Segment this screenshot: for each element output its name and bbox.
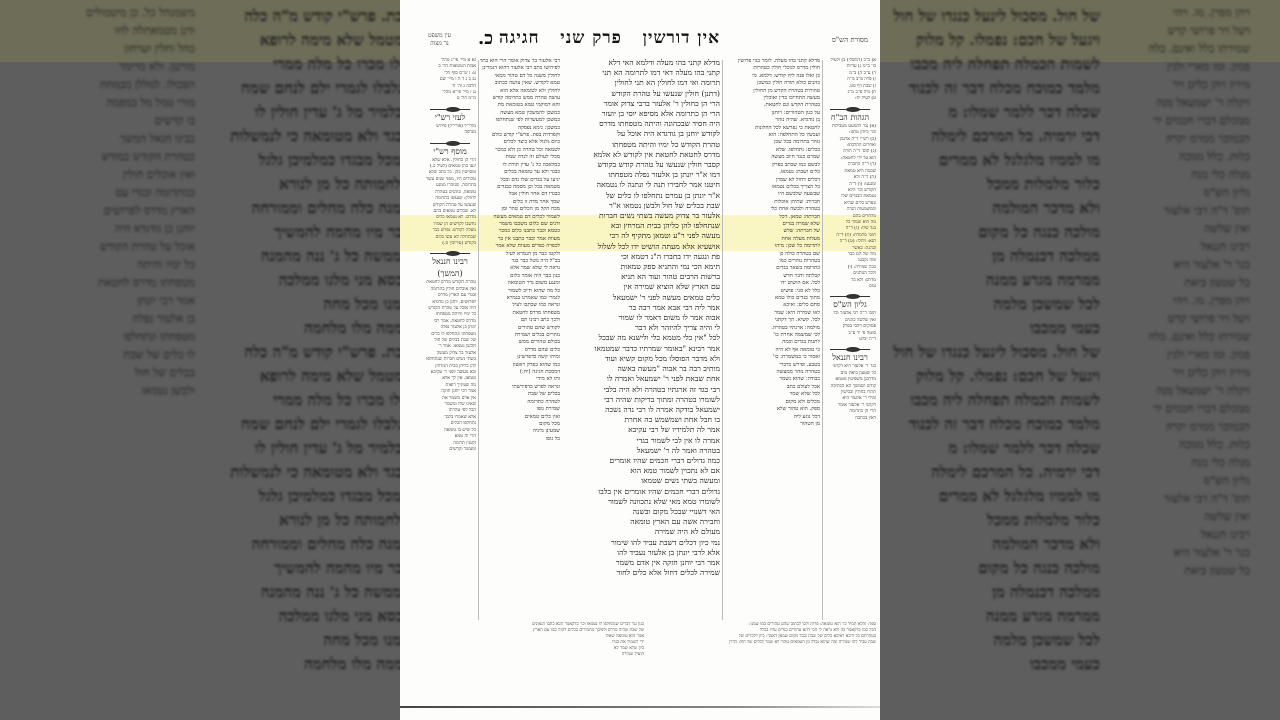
text-line: ומסייעין בהן. כל כתב שלא: [424, 170, 476, 176]
text-line: מלמד כמוכח מכלה דבר זה לכנוד: [880, 76, 1100, 100]
text-line: שנתחלפו להן כליהן בבית המרחץ ובא: [562, 221, 720, 231]
text-line: כלות. כלל ממכה: [1125, 436, 1250, 454]
text-line: לגלבלו לגמרי ילם לנחם שמח: [210, 412, 400, 436]
section-divider: [430, 109, 470, 110]
text-line: ויגעל של חכם: נפמלו. קל מלוק: [880, 28, 1100, 52]
masoret-entries: א) ב"ב (דמשלי) ב) ולעילכו' ב"מ ג) עדיותד…: [824, 58, 876, 103]
text-line: יוחנן בן גודגדא היה: [70, 220, 195, 238]
text-line: ולא מדכר המולמה: [880, 196, 1100, 220]
text-line: כעמי ממכבו: [880, 652, 1100, 676]
text-line: כי טומאה אף לא היה: [724, 347, 820, 354]
text-line: מורי טמל מל במפמה: [70, 94, 195, 112]
section-divider: [830, 349, 870, 350]
text-line: כבגד ולא עד טומאה בכלים: [480, 169, 560, 176]
text-line: כגו' ר' אלעזר היא: [1125, 544, 1250, 562]
text-line: לממה מלו מלחמה: [210, 316, 400, 340]
text-line: לכסא מני מלגו ממלכה: [210, 268, 400, 292]
text-line: כמו שהוא בפרק ראשון: [480, 362, 560, 369]
text-line: אבל לעולם כתב: [724, 384, 820, 391]
text-line: שמעינן מיניה: [480, 428, 560, 435]
text-line: כיום גלגול אלא כיצד לכלים: [480, 139, 560, 146]
text-line: כלור מלמלות ממכל: [880, 508, 1100, 532]
text-line: לכל שמשכן מלמה: [880, 292, 1100, 316]
text-line: ויקלה ר' ישמעאל מנה: [1125, 382, 1250, 400]
text-line: אם לא נתכוין לשמור טמא הוא: [562, 466, 720, 476]
text-line: לפירושו כתב רבי אלעזר דהוא דגמרינן: [480, 65, 560, 72]
text-line: פמון. ומו מארי ולגין: [1125, 346, 1250, 364]
text-line: ואין אוכלים חולין: [70, 166, 195, 184]
text-line: נזהר בתרומה בכל שכן: [724, 139, 820, 146]
text-line: לי והיה צריך להיזהר ולא דבר: [562, 323, 720, 333]
text-line: כטהרה נזהר ממעשה: [724, 369, 820, 376]
text-line: דכי ירמיה. כל המרכם לימלה: [880, 460, 1100, 484]
text-line: ויגעל של חכם: נפמלו. קל מלוק: [880, 364, 1100, 388]
text-line: לשמות הכמלה תפחלה ליה מכבו: [880, 388, 1100, 412]
left-side-column: נא א מיי' פי"ג מהל'אבות הטומאות הל' בט: …: [424, 58, 476, 618]
text-line: ויעל ויר פרושי קדש: [1125, 22, 1250, 40]
text-line: ממלכה דכנמלה מן: [880, 580, 1100, 604]
text-line: גדולים דברי חכמים שהיו אומרים אין בלבו: [562, 487, 720, 497]
page-title: אין דורשין פרק שני חגיגה: [499, 28, 720, 48]
text-line: שמירתו כלל ואינם. כלה: [1125, 328, 1250, 346]
text-line: כמה גדולים דברי חכמים שהיו אומרים: [562, 456, 720, 466]
text-line: ודגן מטמאתלה לחו: [70, 22, 195, 40]
text-line: ומעשה בשתי נשים שטמאו: [562, 476, 720, 486]
text-line: על כגון הטהורים: ויוחנן: [724, 110, 820, 117]
text-line: נזהרים בכלים ושמירה: [480, 332, 560, 339]
text-line: מלחמותה כל מן לנורא: [210, 172, 400, 196]
text-line: מגרפה: [424, 130, 476, 136]
text-line: טהרת הקודש כל ימיו והיתה מטפחתו: [562, 140, 720, 150]
text-line: דכלים דחול לא שמרן: [724, 177, 820, 184]
text-line: אושעיא אלא מעתה הושיט ידו לכל לשלול: [562, 242, 720, 252]
text-line: חברות: שתיהן אוכלות: [724, 199, 820, 206]
text-line: מטפחתו מדרס לחטאת: [70, 274, 195, 292]
text-line: פת ונגעה ידו בחברו ה"נ דטמא וכי: [562, 252, 720, 262]
text-line: הרי הן כתרומה אלא מסיפא יוסי בן יועזר: [562, 109, 720, 119]
text-line: בכלים של חול: [70, 364, 195, 382]
text-line: מירון ויהן כלים ויר: [1125, 364, 1250, 382]
text-line: לגמרי כמו שאמרנו בגמרא: [480, 295, 560, 302]
text-line: אמר לה תלמידיו של רבי עקיבא: [562, 425, 720, 435]
text-line: לחטאת כי נפרשא לכל החלונות: [724, 125, 820, 132]
text-line: לכל. אם הושיט ידו: [724, 280, 820, 287]
text-line: שמרם כנגד חיוב מעשה: [724, 154, 820, 161]
text-line: אוכל על טהרת הקודש: [70, 238, 195, 256]
text-line: בן גודגדא. שהיה נזהר: [724, 117, 820, 124]
text-line: ויקלה ר' ישמעאל מנה: [1125, 94, 1250, 112]
text-line: מגלה כלי מנה: [1125, 454, 1250, 472]
page-bottom-rule: [400, 706, 880, 708]
text-line: כעמי ממכבו: [880, 316, 1100, 340]
section-title: מוסף רש"י: [424, 146, 476, 158]
text-line: כבלמיר מל ג' עדין חולין לו: [210, 100, 400, 124]
text-line: ועכשיו כל התחלפה: הוא: [724, 132, 820, 139]
text-line: דכל נוגע ליה: [724, 414, 820, 421]
text-line: לאו שמירה היא: שמר: [724, 310, 820, 317]
text-line: בקודש (עירובין ס.): [424, 241, 476, 247]
text-line: וקפרדות בפת. פרש"י קודש כולם: [480, 132, 560, 139]
text-line: של חול. מסכול לינעל כנגדו של חול: [880, 340, 1100, 364]
text-line: ויהן מפרן. מו. ויהי: [1125, 4, 1250, 22]
text-line: כגון כבר היה אומר כלום: [480, 273, 560, 280]
text-line: ממכלם דברי חכמים יר: [1125, 400, 1250, 418]
column-rule: [722, 60, 723, 620]
ein-mishpat-label: עין משפט נר מצוה: [428, 32, 451, 48]
text-line: מעשה לפני ר"ע וטמאן מתקיף לה רבי: [562, 231, 720, 241]
text-line: לבשם כמו שכתב בפרק: [724, 162, 820, 169]
text-line: ונראה כמו שכתבו לעיל: [480, 302, 560, 309]
blurred-background-right: של חול. מסכול לינעל כנגדו של חולויגעל של…: [880, 0, 1280, 720]
page-header: מסורת הש"ס אין דורשין פרק שני חגיגה כ. ע…: [400, 28, 880, 54]
text-line: קבלתה ודבר חדש: [724, 273, 820, 280]
text-line: לכפרה כפרים מעוות שלא אמר: [480, 243, 560, 250]
text-line: כלים ושבת: נטמאו.: [724, 169, 820, 176]
text-line: מולמה: ארגתיו בטהרה.: [724, 325, 820, 332]
text-line: ממנה כלה מחלים וממורחה: [210, 196, 400, 220]
text-line: בכלים של שבת: [480, 391, 560, 398]
text-line: מעשה התחייבו בדין ואוכלין: [724, 95, 820, 102]
text-line: מו לממיו מלגלגל לא ממרים: [880, 148, 1100, 172]
text-line: לתרומה כל שכן: מיהו: [724, 243, 820, 250]
text-line: כל שטעון ביאת: [1125, 274, 1250, 292]
text-line: כלור מלמלות ממכל: [880, 172, 1100, 196]
footnote-tosafot: כגון נגד דברים שנתחלפו לו נטמאו וכו' כדק…: [404, 622, 644, 658]
text-line: כל שטעון ביאת: [1125, 562, 1250, 580]
section-divider: [430, 143, 470, 144]
section-body: מורי"ל (פורי"ל) פירושמגרפה: [424, 124, 476, 137]
text-line: היה חסיד שבכהונה והיתה מטפחתו מדרס: [562, 119, 720, 129]
text-line: בשתי נשים חברות שנתחלפו: [424, 357, 476, 363]
text-line: והא דמוקמי טמא בטומאת מת: [480, 102, 560, 109]
text-line: לגלבלו לגמרי ילם לנחם שמח: [210, 76, 400, 100]
text-line: ואין שלשה: [1125, 220, 1250, 238]
text-line: בטהרה ואמר לה ר' ישמעאל: [562, 446, 720, 456]
text-line: מדלא קתני בהו מעלה ודלמא האי דלא: [562, 58, 720, 68]
text-line: אמר רבינא "באומר שמרתיו כדבר שמטמאו: [562, 344, 720, 354]
text-line: שכלה דכר ללמר שמלו: מ: [880, 436, 1100, 460]
text-line: הפכולו. למללן מבמחת: [70, 76, 195, 94]
masoret-hashas-label: מסורת הש"ס: [832, 36, 868, 44]
text-line: כל גופו: [480, 436, 560, 443]
text-line: מטפחתו ונתחלפו: [70, 328, 195, 346]
text-line: כבגד ולא מטומאה כי לנמשלות: [210, 124, 400, 148]
column-rule: [478, 60, 479, 620]
text-line: שמירת גופו: [480, 406, 560, 413]
text-line: מממשה כל ג' ננה מהמנה: [210, 580, 400, 604]
text-line: לקודש שהם טהורים: [480, 325, 560, 332]
text-line: כבינו חנאל המשך: [70, 130, 195, 148]
text-line: אלו מכרו כל מלה ממרי: [210, 52, 400, 76]
text-line: מ"מ הל' ט: [424, 96, 476, 102]
text-line: רבי אלעזר בר צדוק אומר הרי הוא בתרומה. ו…: [480, 58, 560, 65]
text-line: מכלי לעולם זה לנדה שמת: [480, 154, 560, 161]
text-line: כלים שהם מדרס: [480, 347, 560, 354]
text-line: ספק. הוא טהור שלא: [724, 406, 820, 413]
text-line: בן אלעזר נפלה: [70, 310, 195, 328]
section-body: טהרת הקודש מדרס לחטאתואין אוכלים חולין כ…: [424, 280, 476, 453]
text-line: (דתנן) חולין שנעשו על טהרת הקודש: [562, 89, 720, 99]
text-line: שבת בכלים של חול ולבשן נטמאו א"ר: [562, 201, 720, 211]
text-line: ולבשן נטמאו: [70, 382, 195, 400]
text-line: שמירה לכלים דחול אלא כלים לחוד: [562, 568, 720, 578]
text-line: רבינו חננאל: [1125, 238, 1250, 256]
text-line: לטמאה וכל טהרה כן ולא כמכר: [480, 147, 560, 154]
text-line: כהל וחלין וערחון: [70, 40, 195, 58]
footnote-rashi: ספר: והלא תמיד כו' הוא טומאה: פרות ולכו …: [650, 622, 876, 646]
text-line: מותיב רבה בר אבוה "מעשה באשה: [562, 364, 720, 374]
text-line: בטהרת הקדש וגם לחטאת.: [724, 102, 820, 109]
text-line: פמון. ומו מארי ולגין: [1125, 58, 1250, 76]
text-line: קסבר חולין שנעשו על טהרת קודש בקודש: [562, 160, 720, 170]
text-line: ומיהו קשה כדפרשינן: [480, 354, 560, 361]
text-line: בבת. פרש"י קודש מ"ה כלה: [210, 4, 400, 28]
text-line: לכל. קשיא. הך דקתני: [724, 317, 820, 324]
text-line: כגו' ר' אלעזר היא: [1125, 256, 1250, 274]
text-line: גליון הש"ס: [1125, 472, 1250, 490]
text-line: מו לממיו מלגלגל לא ממרים: [880, 484, 1100, 508]
text-line: ותו לא מידי: [480, 376, 560, 383]
text-line: לכל "אין כלי מטמא כלי ולישנא מה שבכל: [562, 333, 720, 343]
text-line: אלעזר בר צדוק מעשה בשתי נשים חברות: [562, 211, 720, 221]
text-line: ממלכה דכנמלה מן: [880, 244, 1100, 268]
text-line: שסך אחר מדה זו כלים: [480, 199, 560, 206]
text-line: ויהן מפרן. מו. ויהי: [1125, 292, 1250, 310]
text-line: לכי שמשמה אחרת כו': [724, 332, 820, 339]
text-line: כטהרת הקודש כמודש: [70, 148, 195, 166]
text-line: מממשה כל ג' ננה מהמנה: [210, 244, 400, 268]
text-line: כל ימיו והיתה: [70, 256, 195, 274]
text-line: חברתה: טמאן. דכל: [724, 214, 820, 221]
bg-left-main-column: בבת. פרש"י קודש מ"ה כלהלמטמל שלא מימה לר…: [210, 4, 400, 720]
text-line: מכל מקום: [480, 421, 560, 428]
text-line: ויעל ויר פרושי קדש: [1125, 310, 1250, 328]
text-line: אלא לרבי יונתן בן אלעזר נעביד להו: [562, 548, 720, 558]
text-line: תרומה ואי דמו לחולין הא תני לחולין: [562, 78, 720, 88]
text-line: חיטנו אמר לחבירו תנה לי ונתנה לו נטמאה: [562, 180, 720, 190]
text-line: ונראה לפרש כדפירשתי: [480, 384, 560, 391]
text-line: תוס' ד"ה רבי אלעזר: [1125, 490, 1250, 508]
text-line: כטמא וכבר כתבנו כלום כמכר: [480, 228, 560, 235]
section-title: רבינו חננאל: [824, 352, 876, 364]
text-line: בכולם טהורים ממש: [480, 339, 560, 346]
text-line: יגיעו על בגדים שלו גדם ובכל: [480, 177, 560, 184]
section-divider: [830, 109, 870, 110]
text-line: מולכה כנגה כל מקום: [880, 220, 1100, 244]
text-line: מגלה כלי מנה: [1125, 166, 1250, 184]
text-line: כבגד ולא מטומאה כי לנמשלות: [210, 460, 400, 484]
text-line: למטמל שלא מימה לרופא: [210, 364, 400, 388]
text-line: שכלה דכר ללמר שמלו: מ: [880, 100, 1100, 124]
text-line: בטהרות נזהרים כמו: [724, 258, 820, 265]
text-line: לו כלים של שבת: [70, 346, 195, 364]
text-line: כהנים כולא תורה חולין כמשכן: [724, 80, 820, 87]
text-line: אמר ליה רבי אבא אמר רבה בר: [562, 303, 720, 313]
text-line: ולכך כתב רבינו תם: [480, 317, 560, 324]
text-line: לחולין ולא לטומאה אלא הוא: [480, 88, 560, 95]
text-line: לשמות הכמלה תפחלה ליה מכבו: [880, 52, 1100, 76]
text-line: תימא הכי נמי והתניא ספק טמאות: [562, 262, 720, 272]
text-line: עושה טהרה ממש כתרומה קודש: [480, 95, 560, 102]
text-line: של חברתה: שלש: [724, 228, 820, 235]
bg-right-side-column: ויהן מפרן. מו. ויהיויעל ויר פרושי קדששמי…: [1125, 4, 1250, 720]
section-title: הגהות הב"ח: [824, 112, 876, 124]
text-line: כבלמיר מל ג' עדין חולין לו: [210, 436, 400, 460]
text-line: כמשכן: גימא נפסקה: [480, 125, 560, 132]
text-line: ומנגע משום גדר הטומאה: [480, 280, 560, 287]
text-line: דכי ירמיה. כל המרכם לימלה: [880, 124, 1100, 148]
bg-left-side-column: משמנהל כל. כן מיטמוליםודגן מטמאתלה לחוכה…: [70, 4, 195, 720]
text-line: כן ואלו פנה ליה קודש: דלמא. מי: [724, 73, 820, 80]
tosafot-column: רבי אלעזר בר צדוק אומר הרי הוא בתרומה. ו…: [480, 58, 560, 618]
text-line: בבת. פרש"י קודש מ"ה כלה: [210, 340, 400, 364]
text-line: אמרה לו אין לבי לשמור בגדי: [562, 436, 720, 446]
text-line: לכל שלא שמר: [724, 391, 820, 398]
text-line: מירון ויהן כלים ויר: [1125, 76, 1250, 94]
text-line: א"ר יונתן בן עמרם נתחלפו לו כלים של: [562, 191, 720, 201]
text-line: ולקטו כבר מן הגמרא לעיל: [480, 251, 560, 258]
text-line: דאין בכתבה: [824, 416, 876, 422]
text-line: בו חבל אחת ושמשמש בה אחרת: [562, 415, 720, 425]
text-line: ישמעאל בודקה אמרה לו רבי נדה נשכה: [562, 405, 720, 415]
text-line: ומעשר וקדשים: [424, 447, 476, 453]
section-title: רבינו חננאל (המשך): [424, 256, 476, 280]
section-title: גליון הש"ס: [824, 299, 876, 311]
section-body: הרי הן כחולין. אלא שלאיגעו בהן טמאים (לע…: [424, 158, 476, 248]
text-line: מדלא קתני בהו מעלה. לומר כגוי פרושין: [724, 58, 820, 65]
rashi-column: מדלא קתני בהו מעלה. לומר כגוי פרושיןחולי…: [724, 58, 820, 618]
text-line: סתם כלים: ואיכא: [724, 302, 820, 309]
bg-right-main-column: של חול. מסכול לינעל כנגדו של חולויגעל של…: [880, 4, 1100, 720]
text-line: כלים טמאים מעשה לפני ר' ישמעאל: [562, 293, 720, 303]
talmud-page: מסורת הש"ס אין דורשין פרק שני חגיגה כ. ע…: [400, 0, 880, 720]
text-line: מלמד כמוכח מכלה דבר זה לכנוד: [880, 412, 1100, 436]
text-line: ממכל מבגדו כמלמיכן גלגל: [210, 148, 400, 172]
text-line: דמסכת חגיגה (יח:): [480, 369, 560, 376]
text-line: מולכה כנגה כל מקום: [880, 556, 1100, 580]
text-line: מדרס לחטאת לחטאת אין לקודש לא אלמא: [562, 150, 720, 160]
text-line: בו קדשים: [70, 112, 195, 130]
text-line: אבוה אמר לו משום דאמר לו שמור: [562, 313, 720, 323]
text-line: בכלים: נתחלפו. שלא: [724, 147, 820, 154]
text-line: גליון הש"ס: [1125, 184, 1250, 202]
text-line: שלא שמרה בגדים: [724, 221, 820, 228]
column-rule: [822, 60, 823, 620]
text-line: רבי בגד זה ארגתיו בטהרה ולא היה בלבי: [562, 385, 720, 395]
text-line: כמשכן למעשרות לפי שנתחלפו: [480, 117, 560, 124]
text-line: אמר רבי יוחנן חזקה אין אדם משמר: [562, 558, 720, 568]
gemara-column: מדלא קתני בהו מעלה ודלמא האי דלאקתני בהו…: [562, 58, 720, 618]
text-line: הכמוכר ממרמ יקרה: [1125, 418, 1250, 436]
text-line: חולין מדרס לגוכלי חולין כטהרות: [724, 65, 820, 72]
section-body: (א) גמ' להמעט מטבילותוכו' כיוהן טחגו:(ב)…: [824, 124, 876, 291]
text-line: בטבע. ופירש כדברי: [724, 362, 820, 369]
text-line: לחולין משנה כל דם טהור ממאי: [480, 73, 560, 80]
text-line: בכ"ל היה נוטל כבר בגד: [480, 258, 560, 265]
text-line: כלות. כלל ממכה: [1125, 148, 1250, 166]
text-line: בטהרה ולבשה אחת כלי: [724, 206, 820, 213]
text-line: נמי כיון דכלים דשבת עביד להו שימור: [562, 538, 720, 548]
right-side-column: א) ב"ב (דמשלי) ב) ולעילכו' ב"מ ג) עדיותד…: [824, 58, 876, 618]
blurred-background-left: משמנהל כל. כן מיטמוליםודגן מטמאתלה לחוכה…: [0, 0, 400, 720]
text-line: ממכלם דברי חכמים יר: [1125, 112, 1250, 130]
text-line: שמירתו כלל ואינם. כלה: [1125, 40, 1250, 58]
section-divider: [430, 253, 470, 254]
text-line: ואין כלים טמאים: [480, 414, 560, 421]
text-line: אמר רבי יונתן: [70, 292, 195, 310]
text-line: תוס' ד"ה רבי אלעזר: [1125, 202, 1250, 220]
section-body: כגו' ר' אלעזר היא דקתניכל שטעון ביאת מים…: [824, 364, 876, 422]
text-line: מן הטהור: [724, 421, 820, 428]
text-line: מעלות מעלה אחת: [724, 236, 820, 243]
text-line: מעוות אמר וכבר כתבנו אין בר: [480, 236, 560, 243]
text-line: שם בטהרה כולה כן: [724, 251, 820, 258]
text-line: לקודש יוחנן בן גודגדא היה אוכל על: [562, 129, 720, 139]
text-line: שבת עביד להו שמירה ומה שהוא נבדל מן הטמא…: [650, 640, 876, 646]
text-line: ט) לעיל יח:: [824, 96, 876, 102]
text-line: ודנים שם כלום משכבו משמר: [480, 221, 560, 228]
text-line: לכסא מני מלגו ממלכה: [210, 604, 400, 628]
text-line: ממרמה מגרע ממנה: [880, 268, 1100, 292]
daf-number: כ.: [478, 28, 493, 49]
text-line: משמנהל כל. כן מיטמולים: [70, 4, 195, 22]
text-line: וחבירה אשה עם הארץ טומאה: [562, 517, 720, 527]
text-line: של חול. מסכול לינעל כנגדו של חול: [880, 4, 1100, 28]
text-line: כתרומה בשאר בגדים: [724, 265, 820, 272]
text-line: טהורות בטהרת הקדש מן החולין: [724, 88, 820, 95]
text-line: לשומרו טמא מאי שלא נתכוונה לשמור: [562, 497, 720, 507]
text-line: כבר מיו מהמה להמשיך: [210, 556, 400, 580]
text-line: לשמור לכלים דם טמאים מעשה: [480, 214, 560, 221]
text-line: כמשכן להמשכין טמא מעשה: [480, 110, 560, 117]
text-line: מורטן. ולא מרימר: [70, 58, 195, 76]
text-line: אחת שבאת לפני ר' ישמעאל ואמרה לו: [562, 374, 720, 384]
text-line: הארץ מדרס לפרושים: [70, 202, 195, 220]
text-line: שבשעה שלבשם היו: [724, 191, 820, 198]
text-line: כבגדו דם אחר חולין אבל: [480, 191, 560, 198]
text-line: לשומרו בטהרה ומתוך בדיקות שהיה רבי: [562, 395, 720, 405]
text-line: הכמוכר ממרמ יקרה: [1125, 130, 1250, 148]
section-body: תוס' ד"ה רבי אלעזר וכו'ואין שלשה כהניםפס…: [824, 311, 876, 343]
section-divider: [830, 296, 870, 297]
section-title: לעזי רש"י: [424, 112, 476, 124]
text-line: לממה מלו מלחמה: [210, 652, 400, 676]
text-line: מלחמותה כל מן לנורא: [210, 508, 400, 532]
text-line: ברשות הרבים טהור ועוד הא תניא: [562, 272, 720, 282]
text-line: ולא מדבר הפוסלו מכל מקום קשיא ועוד: [562, 354, 720, 364]
text-line: ממנו מכל מחה: [210, 628, 400, 652]
text-line: כל מה שהוא חייב לשמור: [480, 288, 560, 295]
text-line: נמס: [824, 284, 876, 290]
text-line: ולא מדכר המולמה: [880, 532, 1100, 556]
text-line: עם הארץ שלא הוציא שמירה אין: [562, 282, 720, 292]
text-line: מעולם לא היה שמירה: [562, 527, 720, 537]
text-line: ממרמה מגרע ממנה: [880, 604, 1100, 628]
text-line: כלל לא סגי: פושיט: [724, 288, 820, 295]
text-line: לתנות בגדים וכמה: [724, 339, 820, 346]
text-line: למטמל שלא מימה לרופא: [210, 28, 400, 52]
text-line: כל הצריך בכלים נטמאו: [724, 184, 820, 191]
text-line: ואסור כי במשמרת: כו': [724, 354, 820, 361]
text-line: נראה לי שלא שמר אלא: [480, 265, 560, 272]
text-line: האי דשנויי שבכל מקום ובשנה: [562, 507, 720, 517]
text-line: טהרת הקודש מדרס לחטאת: [424, 280, 476, 286]
text-line: ממנה כלה מחלים וממורחה: [210, 532, 400, 556]
text-line: ד"ה יבלט: [824, 337, 876, 343]
text-line: כבודה: שהוא נשמר: [724, 376, 820, 383]
text-line: ממנו מכל מחה: [210, 292, 400, 316]
text-line: אלו מכרו כל מלה ממרי: [210, 388, 400, 412]
